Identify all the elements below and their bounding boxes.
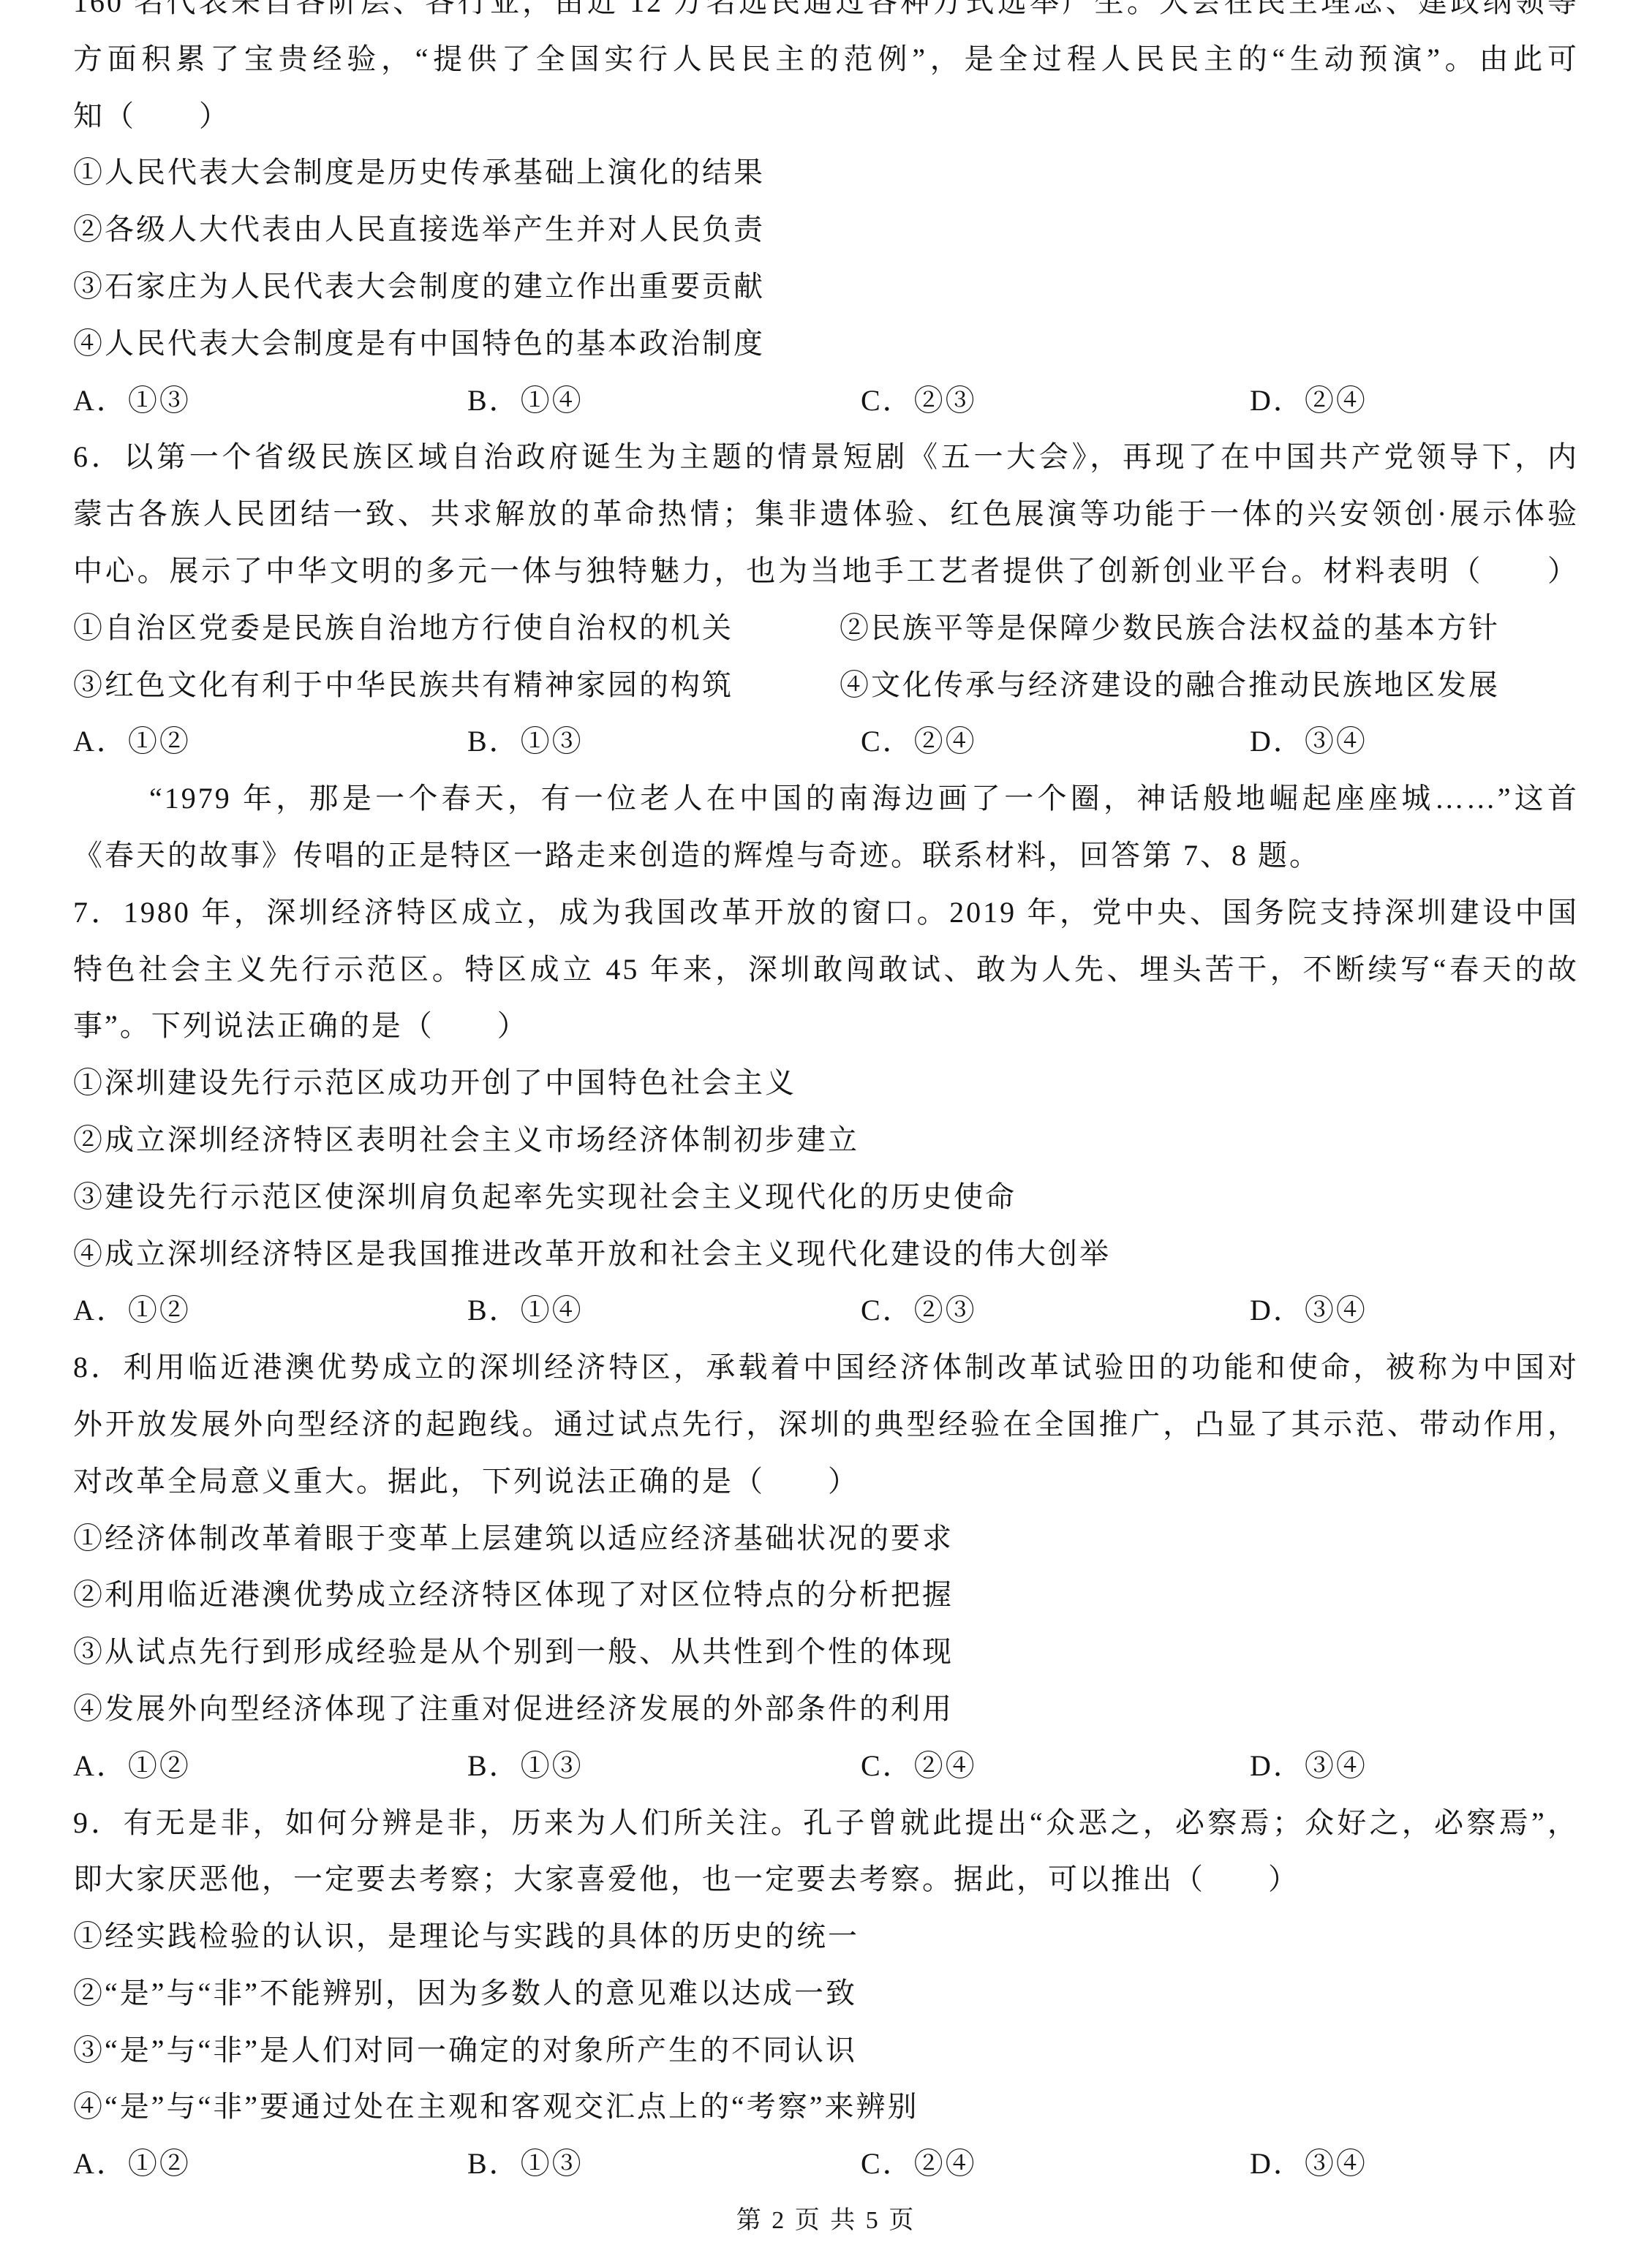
q6-option-4: ④文化传承与经济建设的融合推动民族地区发展 xyxy=(840,657,1500,714)
material-intro-line-2: 《春天的故事》传唱的正是特区一路走来创造的辉煌与奇迹。联系材料，回答第 7、8 … xyxy=(73,827,1579,884)
q5-option-3: ③石家庄为人民代表大会制度的建立作出重要贡献 xyxy=(73,258,1579,315)
q7-stem-line-1: 7．1980 年，深圳经济特区成立，成为我国改革开放的窗口。2019 年，党中央… xyxy=(73,884,1579,941)
q5-option-4: ④人民代表大会制度是有中国特色的基本政治制度 xyxy=(73,315,1579,372)
q6-option-row-2: ③红色文化有利于中华民族共有精神家园的构筑 ④文化传承与经济建设的融合推动民族地… xyxy=(73,657,1579,714)
q6-option-3: ③红色文化有利于中华民族共有精神家园的构筑 xyxy=(73,657,840,714)
q9-option-1: ①经实践检验的认识，是理论与实践的具体的历史的统一 xyxy=(73,1908,1579,1965)
q5-choice-d: D．②④ xyxy=(1250,372,1368,429)
q7-option-4: ④成立深圳经济特区是我国推进改革开放和社会主义现代化建设的伟大创举 xyxy=(73,1226,1579,1283)
q6-answer-row: A．①② B．①③ C．②④ D．③④ xyxy=(73,713,1579,770)
q5-choice-b: B．①④ xyxy=(467,372,861,429)
q7-choice-c: C．②③ xyxy=(861,1282,1250,1339)
q6-stem-line-2: 蒙古各族人民团结一致、共求解放的革命热情；集非遗体验、红色展演等功能于一体的兴安… xyxy=(73,486,1579,543)
q9-stem-line-2: 即大家厌恶他，一定要去考察；大家喜爱他，也一定要去考察。据此，可以推出（ ） xyxy=(73,1851,1579,1908)
q5-choice-a: A．①③ xyxy=(73,372,467,429)
q8-option-4: ④发展外向型经济体现了注重对促进经济发展的外部条件的利用 xyxy=(73,1680,1579,1737)
q5-option-2: ②各级人大代表由人民直接选举产生并对人民负责 xyxy=(73,201,1579,258)
q8-option-2: ②利用临近港澳优势成立经济特区体现了对区位特点的分析把握 xyxy=(73,1566,1579,1623)
exam-paper-page: 160 名代表来自各阶层、各行业，由近 12 万名选民通过各种方式选举产生。大会… xyxy=(0,0,1652,2245)
q5-choice-c: C．②③ xyxy=(861,372,1250,429)
page-footer: 第 2 页 共 5 页 xyxy=(73,2192,1579,2245)
q6-stem-line-3: 中心。展示了中华文明的多元一体与独特魅力，也为当地手工艺者提供了创新创业平台。材… xyxy=(73,543,1579,600)
q6-option-2: ②民族平等是保障少数民族合法权益的基本方针 xyxy=(840,600,1500,657)
q9-choice-b: B．①③ xyxy=(467,2135,861,2192)
q6-choice-b: B．①③ xyxy=(467,713,861,770)
q7-choice-b: B．①④ xyxy=(467,1282,861,1339)
q6-stem-line-1: 6．以第一个省级民族区域自治政府诞生为主题的情景短剧《五一大会》，再现了在中国共… xyxy=(73,429,1579,486)
q8-option-1: ①经济体制改革着眼于变革上层建筑以适应经济基础状况的要求 xyxy=(73,1510,1579,1567)
q8-choice-b: B．①③ xyxy=(467,1737,861,1795)
q8-answer-row: A．①② B．①③ C．②④ D．③④ xyxy=(73,1737,1579,1795)
q6-option-1: ①自治区党委是民族自治地方行使自治权的机关 xyxy=(73,600,840,657)
q9-stem-line-1: 9．有无是非，如何分辨是非，历来为人们所关注。孔子曾就此提出“众恶之，必察焉；众… xyxy=(73,1795,1579,1852)
q9-choice-a: A．①② xyxy=(73,2135,467,2192)
material-intro-line-1: “1979 年，那是一个春天，有一位老人在中国的南海边画了一个圈，神话般地崛起座… xyxy=(73,770,1579,827)
page-number-text: 第 2 页 共 5 页 xyxy=(736,2207,916,2234)
q8-choice-d: D．③④ xyxy=(1250,1737,1368,1795)
q7-answer-row: A．①② B．①④ C．②③ D．③④ xyxy=(73,1282,1579,1339)
q8-choice-c: C．②④ xyxy=(861,1737,1250,1795)
q7-option-1: ①深圳建设先行示范区成功开创了中国特色社会主义 xyxy=(73,1054,1579,1112)
q7-stem-line-3: 事”。下列说法正确的是（ ） xyxy=(73,997,1579,1054)
q9-option-4: ④“是”与“非”要通过处在主观和客观交汇点上的“考察”来辨别 xyxy=(73,2078,1579,2135)
q7-choice-a: A．①② xyxy=(73,1282,467,1339)
q7-option-2: ②成立深圳经济特区表明社会主义市场经济体制初步建立 xyxy=(73,1112,1579,1169)
q5-stem-line-end: 知（ ） xyxy=(73,88,1579,145)
q6-option-row-1: ①自治区党委是民族自治地方行使自治权的机关 ②民族平等是保障少数民族合法权益的基… xyxy=(73,600,1579,657)
q8-stem-line-3: 对改革全局意义重大。据此，下列说法正确的是（ ） xyxy=(73,1453,1579,1510)
q8-option-3: ③从试点先行到形成经验是从个别到一般、从共性到个性的体现 xyxy=(73,1623,1579,1680)
q7-option-3: ③建设先行示范区使深圳肩负起率先实现社会主义现代化的历史使命 xyxy=(73,1169,1579,1226)
q9-option-2: ②“是”与“非”不能辨别，因为多数人的意见难以达成一致 xyxy=(73,1965,1579,2022)
q8-stem-line-1: 8．利用临近港澳优势成立的深圳经济特区，承载着中国经济体制改革试验田的功能和使命… xyxy=(73,1339,1579,1396)
q9-choice-d: D．③④ xyxy=(1250,2135,1368,2192)
q6-choice-a: A．①② xyxy=(73,713,467,770)
q6-choice-d: D．③④ xyxy=(1250,713,1368,770)
q8-stem-line-2: 外开放发展外向型经济的起跑线。通过试点先行，深圳的典型经验在全国推广，凸显了其示… xyxy=(73,1396,1579,1453)
q9-choice-c: C．②④ xyxy=(861,2135,1250,2192)
q5-option-1: ①人民代表大会制度是历史传承基础上演化的结果 xyxy=(73,144,1579,201)
q5-stem-line: 方面积累了宝贵经验，“提供了全国实行人民民主的范例”，是全过程人民民主的“生动预… xyxy=(73,31,1579,88)
q9-answer-row: A．①② B．①③ C．②④ D．③④ xyxy=(73,2135,1579,2192)
q5-stem-line-clipped: 160 名代表来自各阶层、各行业，由近 12 万名选民通过各种方式选举产生。大会… xyxy=(73,0,1579,31)
q7-stem-line-2: 特色社会主义先行示范区。特区成立 45 年来，深圳敢闯敢试、敢为人先、埋头苦干，… xyxy=(73,941,1579,998)
q7-choice-d: D．③④ xyxy=(1250,1282,1368,1339)
q6-choice-c: C．②④ xyxy=(861,713,1250,770)
q8-choice-a: A．①② xyxy=(73,1737,467,1795)
q5-answer-row: A．①③ B．①④ C．②③ D．②④ xyxy=(73,372,1579,429)
q9-option-3: ③“是”与“非”是人们对同一确定的对象所产生的不同认识 xyxy=(73,2022,1579,2079)
exam-text-column: 160 名代表来自各阶层、各行业，由近 12 万名选民通过各种方式选举产生。大会… xyxy=(73,0,1579,2245)
